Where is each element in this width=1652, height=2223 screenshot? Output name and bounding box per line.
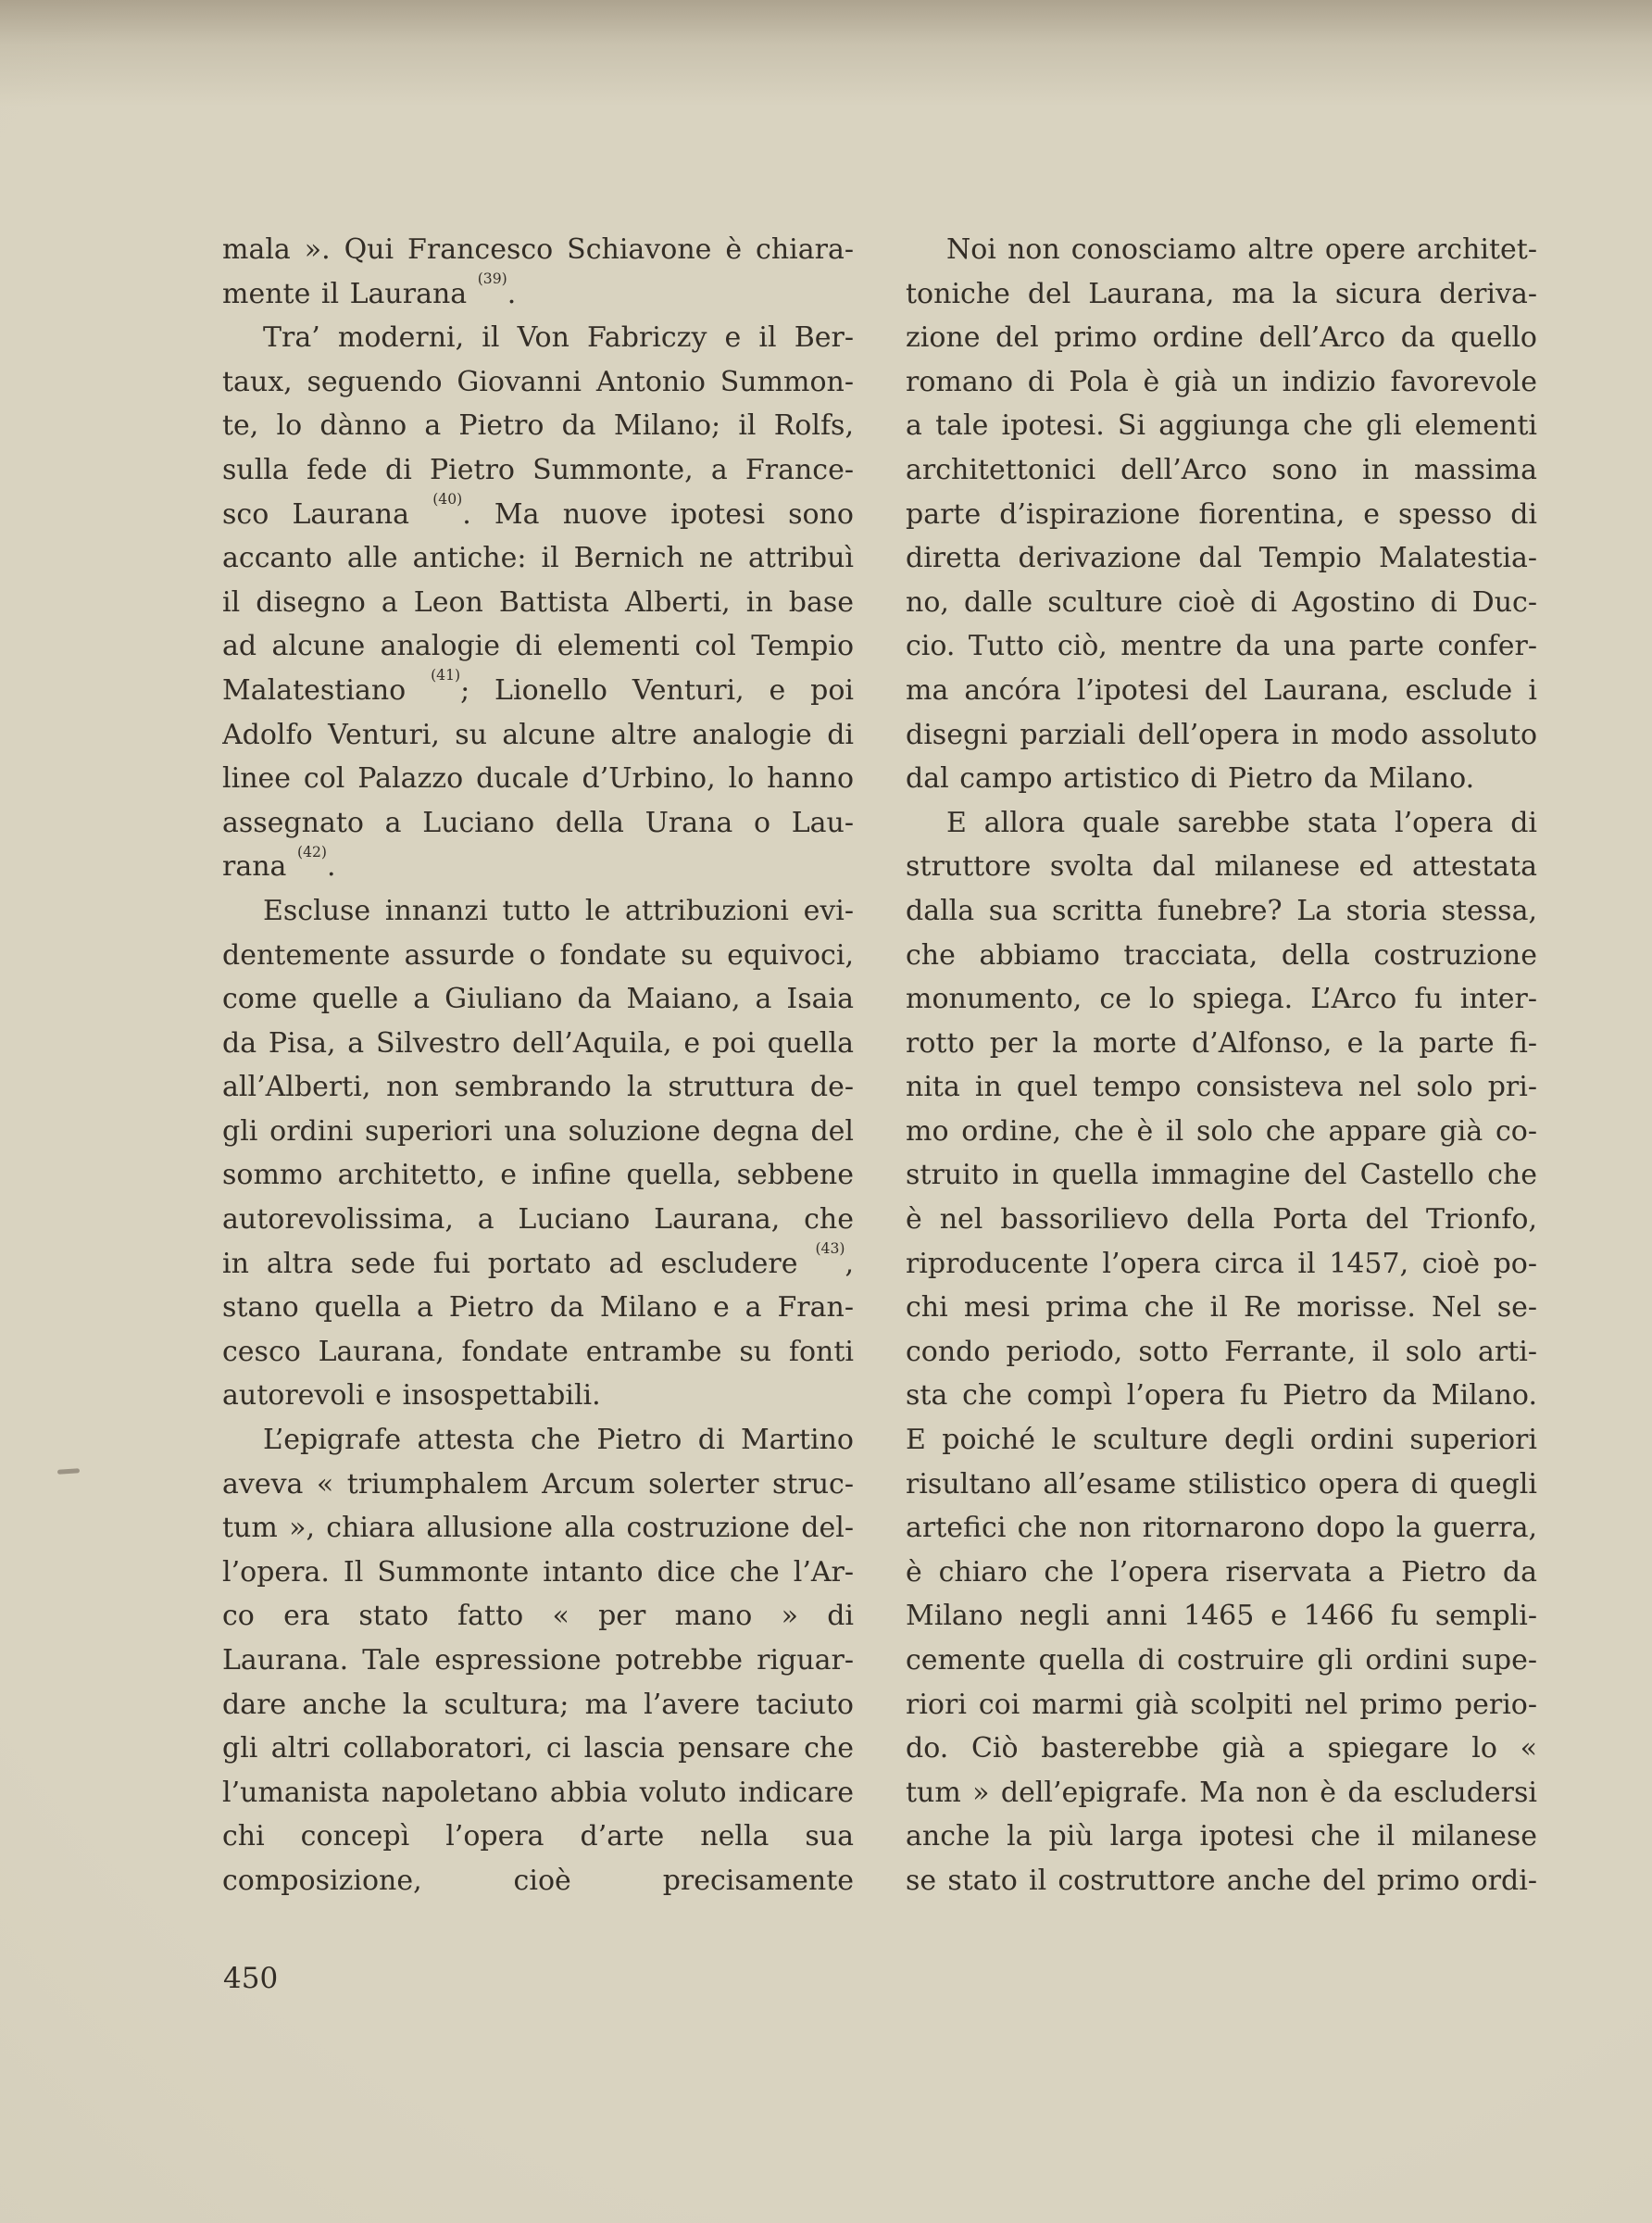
footnote-reference: (42) <box>297 845 327 860</box>
text-line: l’opera. Il Summonte intanto dice che l’… <box>222 1551 854 1595</box>
text-line: dare anche la scultura; ma l’avere taciu… <box>222 1683 854 1727</box>
text-line: risultano all’esame stilistico opera di … <box>906 1463 1537 1507</box>
text-line: all’Alberti, non sembrando la struttura … <box>222 1065 854 1110</box>
text-line: rana (42). <box>222 845 854 889</box>
footnote-reference: (39) <box>478 272 507 287</box>
text-line: architettonici dell’Arco sono in massima <box>906 448 1537 493</box>
text-line: è chiaro che l’opera riservata a Pietro … <box>906 1551 1537 1595</box>
text-line: zione del primo ordine dell’Arco da quel… <box>906 316 1537 360</box>
text-line: assegnato a Luciano della Urana o Lau- <box>222 801 854 846</box>
text-line: tum », chiara allusione alla costruzione… <box>222 1506 854 1551</box>
text-line: sta che compì l’opera fu Pietro da Milan… <box>906 1374 1537 1418</box>
right-column: Noi non conosciamo altre opere architet-… <box>906 228 1537 1903</box>
text-line: E poiché le sculture degli ordini superi… <box>906 1418 1537 1463</box>
text-line: diretta derivazione dal Tempio Malatesti… <box>906 536 1537 581</box>
text-line: è nel bassorilievo della Porta del Trion… <box>906 1198 1537 1242</box>
text-line: Noi non conosciamo altre opere architet- <box>906 228 1537 272</box>
text-line: dal campo artistico di Pietro da Milano. <box>906 757 1537 801</box>
text-line: da Pisa, a Silvestro dell’Aquila, e poi … <box>222 1022 854 1066</box>
text-line: condo periodo, sotto Ferrante, il solo a… <box>906 1330 1537 1375</box>
text-line: mente il Laurana (39). <box>222 272 854 317</box>
footnote-reference: (40) <box>432 493 462 508</box>
text-line: dalla sua scritta funebre? La storia ste… <box>906 889 1537 934</box>
text-line: aveva « triumphalem Arcum solerter struc… <box>222 1463 854 1507</box>
text-line: Tra’ moderni, il Von Fabriczy e il Ber- <box>222 316 854 360</box>
text-line: rotto per la morte d’Alfonso, e la parte… <box>906 1022 1537 1066</box>
text-line: toniche del Laurana, ma la sicura deriva… <box>906 272 1537 317</box>
text-line: cio. Tutto ciò, mentre da una parte conf… <box>906 624 1537 669</box>
left-column: mala ». Qui Francesco Schiavone è chiara… <box>222 228 854 1903</box>
text-line: no, dalle sculture cioè di Agostino di D… <box>906 581 1537 625</box>
text-line: L’epigrafe attesta che Pietro di Martino <box>222 1418 854 1463</box>
text-line: gli altri collaboratori, ci lascia pensa… <box>222 1727 854 1771</box>
text-line: artefici che non ritornarono dopo la gue… <box>906 1506 1537 1551</box>
text-line: struttore svolta dal milanese ed attesta… <box>906 845 1537 889</box>
text-line: do. Ciò basterebbe già a spiegare lo « s… <box>906 1727 1537 1771</box>
text-line: Malatestiano (41); Lionello Venturi, e p… <box>222 669 854 713</box>
text-line: linee col Palazzo ducale d’Urbino, lo ha… <box>222 757 854 801</box>
text-line: dentemente assurde o fondate su equivoci… <box>222 934 854 978</box>
text-line: E allora quale sarebbe stata l’opera di … <box>906 801 1537 846</box>
text-line: che abbiamo tracciata, della costruzione… <box>906 934 1537 978</box>
text-line: ma ancóra l’ipotesi del Laurana, esclude… <box>906 669 1537 713</box>
text-line: romano di Pola è già un indizio favorevo… <box>906 360 1537 405</box>
text-line: te, lo dànno a Pietro da Milano; il Rolf… <box>222 404 854 448</box>
text-line: accanto alle antiche: il Bernich ne attr… <box>222 536 854 581</box>
text-line: chi concepì l’opera d’arte nella sua org… <box>222 1815 854 1859</box>
text-line: cesco Laurana, fondate entrambe su fonti <box>222 1330 854 1375</box>
text-line: composizione, cioè precisamente l’archit… <box>222 1859 854 1903</box>
text-line: Escluse innanzi tutto le attribuzioni ev… <box>222 889 854 934</box>
text-line: sommo architetto, e infine quella, sebbe… <box>222 1153 854 1198</box>
text-line: Adolfo Venturi, su alcune altre analogie… <box>222 713 854 758</box>
text-line: chi mesi prima che il Re morisse. Nel se… <box>906 1286 1537 1330</box>
text-line: come quelle a Giuliano da Maiano, a Isai… <box>222 977 854 1022</box>
text-line: disegni parziali dell’opera in modo asso… <box>906 713 1537 758</box>
text-line: mo ordine, che è il solo che appare già … <box>906 1110 1537 1154</box>
text-line: riproducente l’opera circa il 1457, cioè… <box>906 1242 1537 1287</box>
text-line: sco Laurana (40). Ma nuove ipotesi sono … <box>222 493 854 537</box>
text-line: l’umanista napoletano abbia voluto indic… <box>222 1771 854 1815</box>
text-line: gli ordini superiori una soluzione degna… <box>222 1110 854 1154</box>
text-line: monumento, ce lo spiega. L’Arco fu inter… <box>906 977 1537 1022</box>
text-line: sulla fede di Pietro Summonte, a France- <box>222 448 854 493</box>
text-line: autorevoli e insospettabili. <box>222 1374 854 1418</box>
text-line: tum » dell’epigrafe. Ma non è da esclude… <box>906 1771 1537 1815</box>
text-line: anche la più larga ipotesi che il milane… <box>906 1815 1537 1859</box>
text-line: autorevolissima, a Luciano Laurana, che … <box>222 1198 854 1242</box>
book-page: mala ». Qui Francesco Schiavone è chiara… <box>0 0 1652 2223</box>
footnote-reference: (43) <box>815 1242 845 1257</box>
text-line: in altra sede fui portato ad escludere (… <box>222 1242 854 1287</box>
text-line: il disegno a Leon Battista Alberti, in b… <box>222 581 854 625</box>
footnote-reference: (41) <box>431 669 460 684</box>
text-line: a tale ipotesi. Si aggiunga che gli elem… <box>906 404 1537 448</box>
page-number: 450 <box>223 1962 278 1995</box>
text-line: co era stato fatto « per mano » di Franc… <box>222 1594 854 1639</box>
page-margin-mark <box>57 1468 80 1475</box>
text-line: cemente quella di costruire gli ordini s… <box>906 1639 1537 1683</box>
text-line: stano quella a Pietro da Milano e a Fran… <box>222 1286 854 1330</box>
text-line: mala ». Qui Francesco Schiavone è chiara… <box>222 228 854 272</box>
text-line: parte d’ispirazione fiorentina, e spesso… <box>906 493 1537 537</box>
text-line: ad alcune analogie di elementi col Tempi… <box>222 624 854 669</box>
text-line: Laurana. Tale espressione potrebbe rigua… <box>222 1639 854 1683</box>
text-line: se stato il costruttore anche del primo … <box>906 1859 1537 1903</box>
text-line: struito in quella immagine del Castello … <box>906 1153 1537 1198</box>
text-line: Milano negli anni 1465 e 1466 fu sempli- <box>906 1594 1537 1639</box>
text-line: taux, seguendo Giovanni Antonio Summon- <box>222 360 854 405</box>
text-line: riori coi marmi già scolpiti nel primo p… <box>906 1683 1537 1727</box>
text-line: nita in quel tempo consisteva nel solo p… <box>906 1065 1537 1110</box>
